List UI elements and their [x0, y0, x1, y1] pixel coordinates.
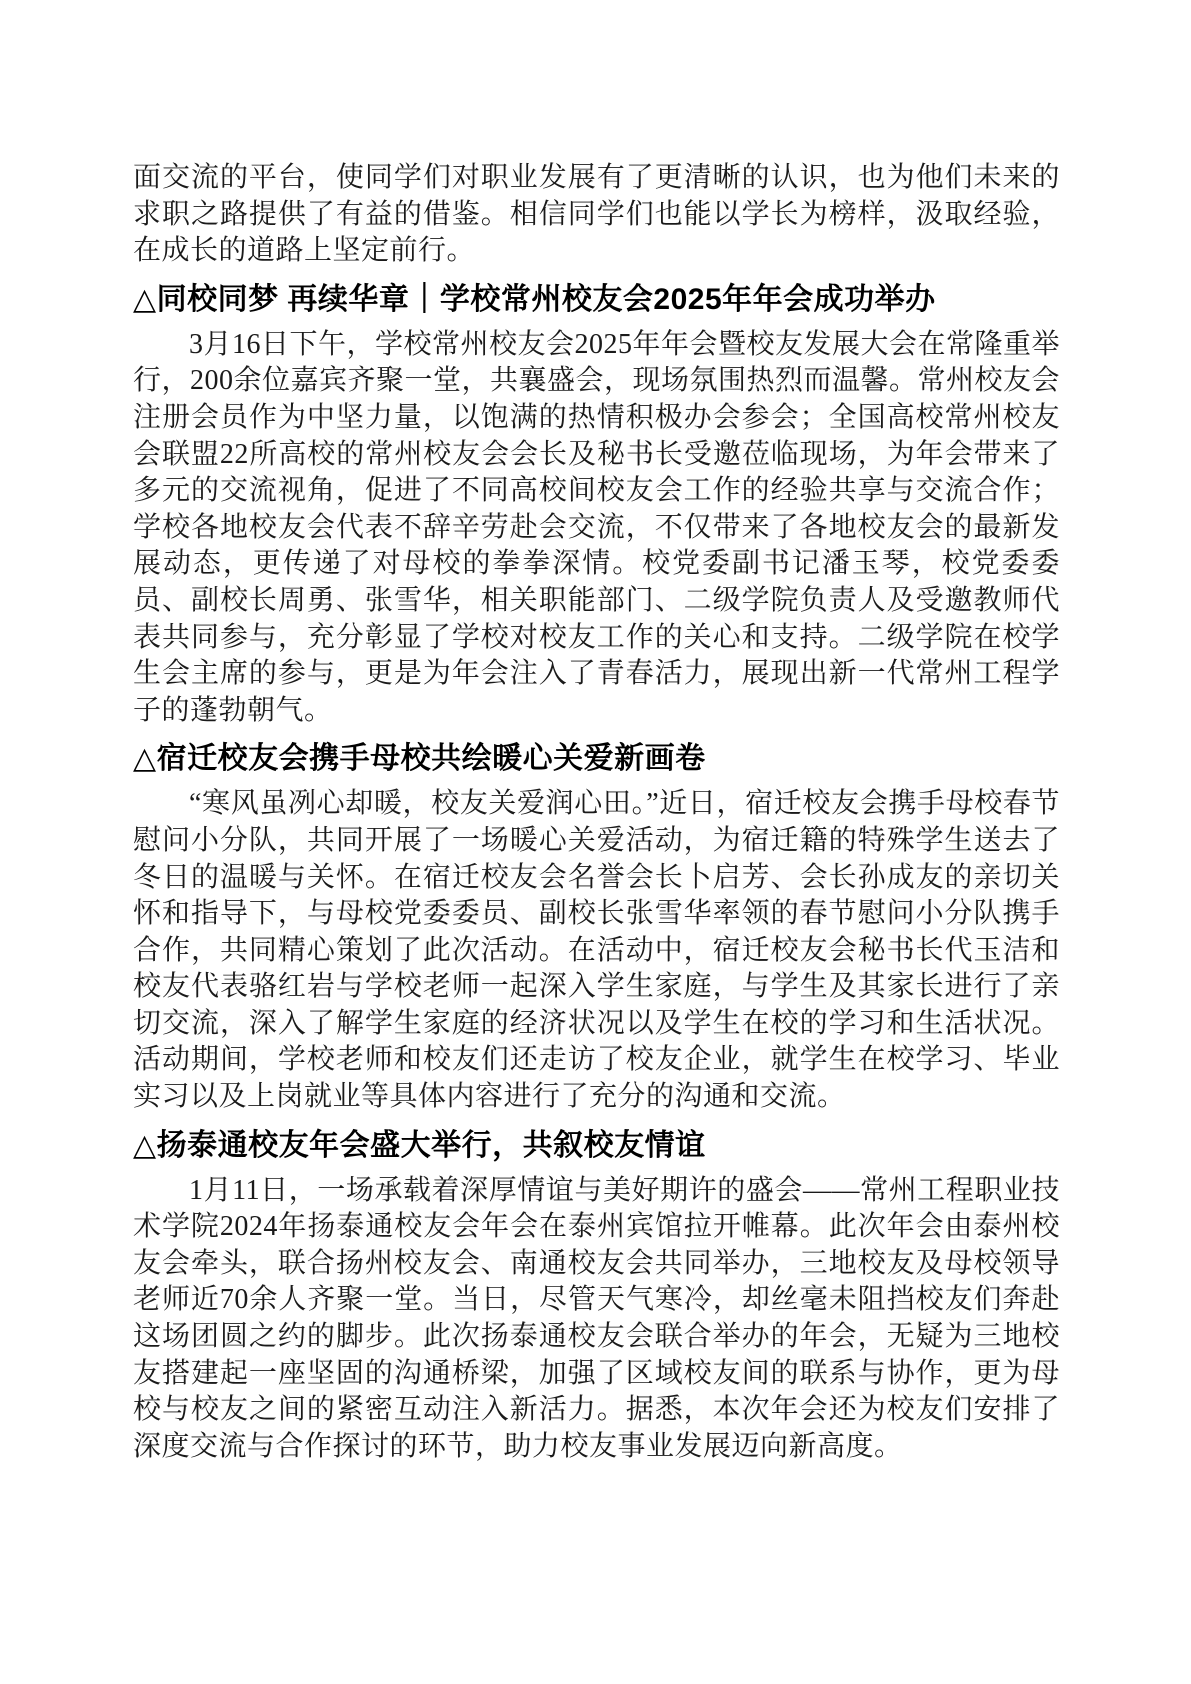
- heading-yangtaitong-alumni-annual-meeting: △扬泰通校友年会盛大举行，共叙校友情谊: [133, 1126, 1060, 1166]
- document-content: 面交流的平台，使同学们对职业发展有了更清晰的认识，也为他们未来的求职之路提供了有…: [133, 160, 1060, 1465]
- paragraph-suqian-alumni-care: “寒风虽冽心却暖，校友关爱润心田。”近日，宿迁校友会携手母校春节慰问小分队，共同…: [133, 786, 1060, 1115]
- heading-suqian-alumni-care: △宿迁校友会携手母校共绘暖心关爱新画卷: [133, 739, 1060, 779]
- document-page: 面交流的平台，使同学们对职业发展有了更清晰的认识，也为他们未来的求职之路提供了有…: [0, 0, 1191, 1684]
- paragraph-changzhou-alumni-annual-meeting: 3月16日下午，学校常州校友会2025年年会暨校友发展大会在常隆重举行，200余…: [133, 327, 1060, 730]
- heading-changzhou-alumni-2025-annual-meeting: △同校同梦 再续华章｜学校常州校友会2025年年会成功举办: [133, 280, 1060, 320]
- paragraph-career-guidance-continuation: 面交流的平台，使同学们对职业发展有了更清晰的认识，也为他们未来的求职之路提供了有…: [133, 160, 1060, 270]
- paragraph-yangtaitong-alumni-annual-meeting: 1月11日，一场承载着深厚情谊与美好期许的盛会——常州工程职业技术学院2024年…: [133, 1173, 1060, 1466]
